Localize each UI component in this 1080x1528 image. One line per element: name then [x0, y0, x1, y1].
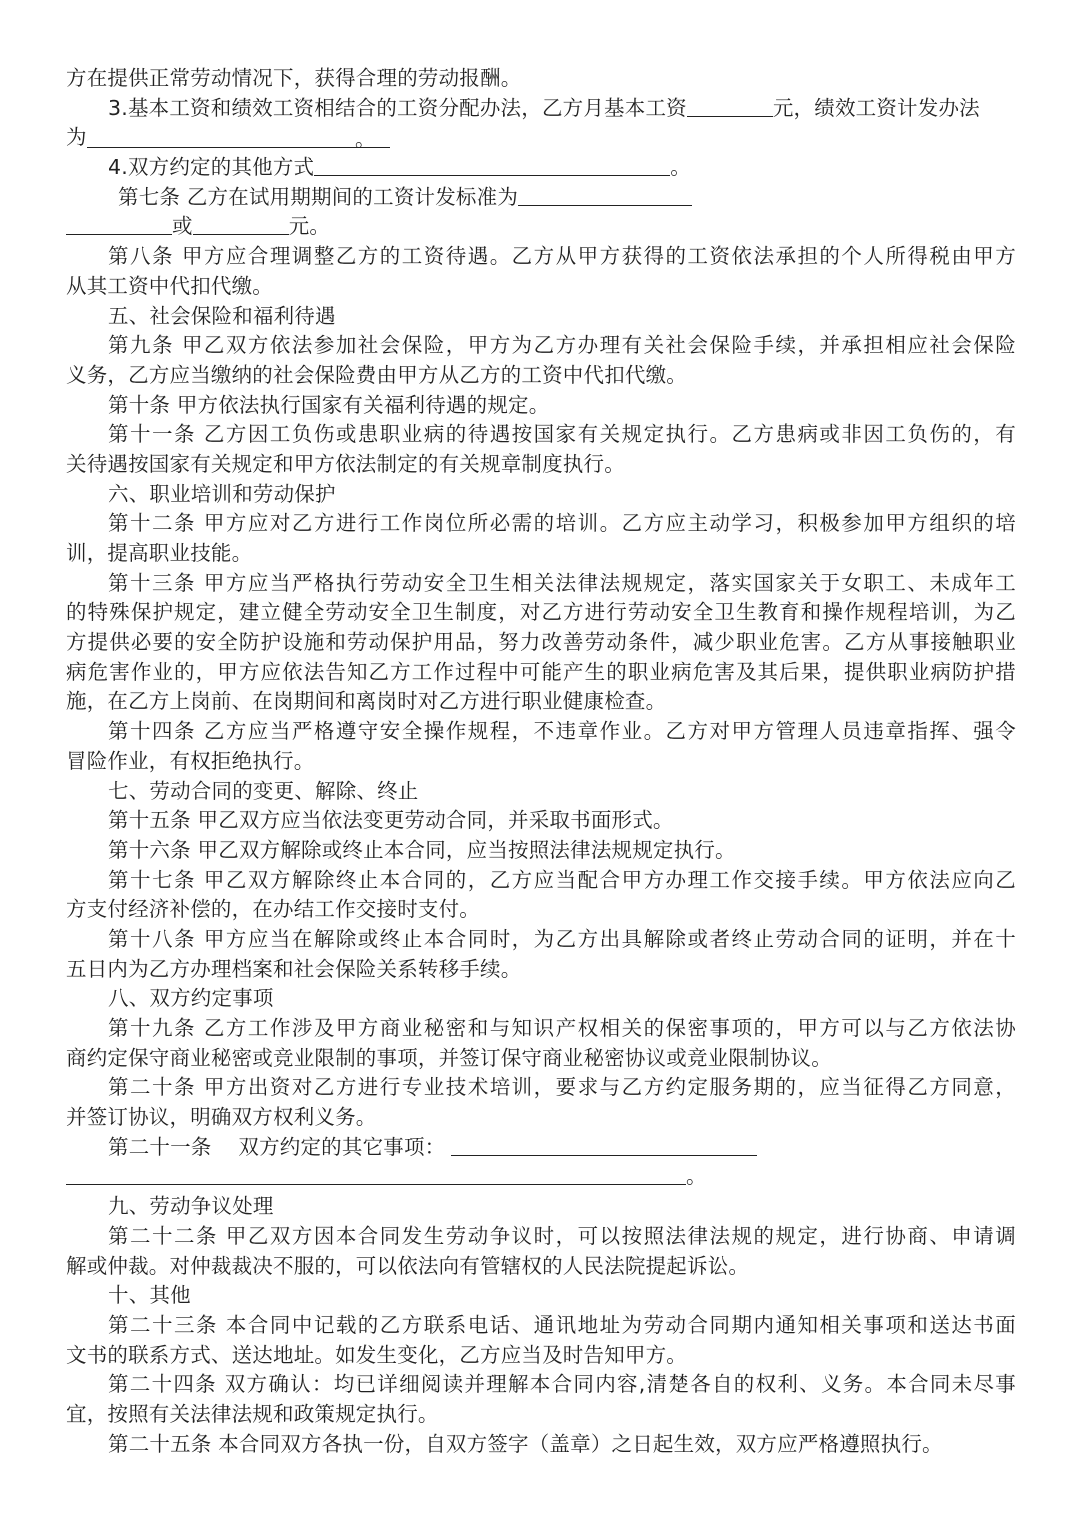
text-line: 冒险作业，有权拒绝执行。	[66, 747, 1016, 777]
text: 4.双方约定的其他方式	[108, 155, 314, 179]
text-line: 解或仲裁。对仲裁裁决不服的，可以依法向有管辖权的人民法院提起诉讼。	[66, 1252, 1016, 1282]
contract-document-page: 方在提供正常劳动情况下，获得合理的劳动报酬。 3.基本工资和绩效工资相结合的工资…	[66, 64, 1016, 1459]
text-line: 商约定保守商业秘密或竞业限制的事项，并签订保守商业秘密协议或竞业限制协议。	[66, 1044, 1016, 1074]
other-matters-blank[interactable]	[451, 1133, 757, 1156]
text-line: 方在提供正常劳动情况下，获得合理的劳动报酬。	[66, 64, 1016, 94]
text-line: 第二十条 甲方出资对乙方进行专业技术培训，要求与乙方约定服务期的，应当征得乙方同…	[66, 1073, 1016, 1103]
text-line: 义务，乙方应当缴纳的社会保险费由甲方从乙方的工资中代扣代缴。	[66, 361, 1016, 391]
text-line: 第八条 甲方应合理调整乙方的工资待遇。乙方从甲方获得的工资依法承担的个人所得税由…	[66, 242, 1016, 272]
text: 3.基本工资和绩效工资相结合的工资分配办法，乙方月基本工资	[108, 96, 687, 120]
text-line: 方支付经济补偿的，在办结工作交接时支付。	[66, 895, 1016, 925]
text-line: 方提供必要的安全防护设施和劳动保护用品，努力改善劳动条件，减少职业危害。乙方从事…	[66, 628, 1016, 658]
clause-4-line: 4.双方约定的其他方式。	[66, 153, 1016, 183]
text: 元，绩效工资计发办法	[773, 96, 980, 120]
article-7-line: 第七条 乙方在试用期期间的工资计发标准为	[66, 183, 1016, 213]
text: 为	[66, 125, 87, 149]
text-line: 第二十五条 本合同双方各执一份，自双方签字（盖章）之日起生效，双方应严格遵照执行…	[66, 1430, 1016, 1460]
text-line: 病危害作业的，甲方应依法告知乙方工作过程中可能产生的职业病危害及其后果，提供职业…	[66, 658, 1016, 688]
text-line: 训，提高职业技能。	[66, 539, 1016, 569]
text: 元。	[289, 214, 330, 238]
text-line: 第十四条 乙方应当严格遵守安全操作规程，不违章作业。乙方对甲方管理人员违章指挥、…	[66, 717, 1016, 747]
text-line: 第十一条 乙方因工负伤或患职业病的待遇按国家有关规定执行。乙方患病或非因工负伤的…	[66, 420, 1016, 450]
other-method-blank[interactable]	[314, 153, 670, 176]
section-heading: 八、双方约定事项	[66, 984, 1016, 1014]
text: 第七条 乙方在试用期期间的工资计发标准为	[118, 185, 518, 209]
text-line: 第二十二条 甲乙双方因本合同发生劳动争议时，可以按照法律法规的规定，进行协商、申…	[66, 1222, 1016, 1252]
text-line: 关待遇按国家有关规定和甲方依法制定的有关规章制度执行。	[66, 450, 1016, 480]
text-line: 的特殊保护规定，建立健全劳动安全卫生制度，对乙方进行劳动安全卫生教育和操作规程培…	[66, 598, 1016, 628]
article-21-line: 第二十一条 双方约定的其它事项：	[66, 1133, 1016, 1163]
clause-3-line: 3.基本工资和绩效工资相结合的工资分配办法，乙方月基本工资元，绩效工资计发办法	[66, 94, 1016, 124]
text: 第二十一条 双方约定的其它事项：	[108, 1135, 445, 1159]
other-matters-blank-2[interactable]	[66, 1162, 686, 1185]
article-21-cont-line: 。	[66, 1162, 1016, 1192]
base-salary-blank[interactable]	[687, 94, 773, 117]
text-line: 施，在乙方上岗前、在岗期间和离岗时对乙方进行职业健康检查。	[66, 687, 1016, 717]
text-line: 第十五条 甲乙双方应当依法变更劳动合同，并采取书面形式。	[66, 806, 1016, 836]
performance-pay-method-blank[interactable]: 。	[87, 125, 390, 148]
text-line: 第二十四条 双方确认：均已详细阅读并理解本合同内容,清楚各自的权利、义务。本合同…	[66, 1370, 1016, 1400]
article-7-cont-line: 或元。	[66, 212, 1016, 242]
text-line: 第十六条 甲乙双方解除或终止本合同，应当按照法律法规规定执行。	[66, 836, 1016, 866]
section-heading: 七、劳动合同的变更、解除、终止	[66, 777, 1016, 807]
text-line: 第十二条 甲方应对乙方进行工作岗位所必需的培训。乙方应主动学习，积极参加甲方组织…	[66, 509, 1016, 539]
section-heading: 十、其他	[66, 1281, 1016, 1311]
text-line: 宜，按照有关法律法规和政策规定执行。	[66, 1400, 1016, 1430]
period: 。	[670, 155, 691, 179]
period: 。	[686, 1164, 707, 1188]
text-line: 从其工资中代扣代缴。	[66, 272, 1016, 302]
text-line: 第九条 甲乙双方依法参加社会保险，甲方为乙方办理有关社会保险手续，并承担相应社会…	[66, 331, 1016, 361]
text-line: 文书的联系方式、送达地址。如发生变化，乙方应当及时告知甲方。	[66, 1341, 1016, 1371]
section-heading: 六、职业培训和劳动保护	[66, 480, 1016, 510]
text-line: 第十八条 甲方应当在解除或终止本合同时，为乙方出具解除或者终止劳动合同的证明，并…	[66, 925, 1016, 955]
text-line: 第十条 甲方依法执行国家有关福利待遇的规定。	[66, 391, 1016, 421]
text-line: 第十七条 甲乙双方解除终止本合同的，乙方应当配合甲方办理工作交接手续。甲方依法应…	[66, 866, 1016, 896]
period: 。	[355, 127, 390, 151]
section-heading: 九、劳动争议处理	[66, 1192, 1016, 1222]
probation-pay-blank-3[interactable]	[193, 212, 289, 235]
text: 或	[172, 214, 193, 238]
probation-pay-blank-2[interactable]	[66, 212, 172, 235]
text-line: 五日内为乙方办理档案和社会保险关系转移手续。	[66, 955, 1016, 985]
clause-3-cont-line: 为。	[66, 123, 1016, 153]
text-line: 并签订协议，明确双方权利义务。	[66, 1103, 1016, 1133]
section-heading: 五、社会保险和福利待遇	[66, 302, 1016, 332]
text-line: 第十九条 乙方工作涉及甲方商业秘密和与知识产权相关的保密事项的，甲方可以与乙方依…	[66, 1014, 1016, 1044]
text-line: 第二十三条 本合同中记载的乙方联系电话、通讯地址为劳动合同期内通知相关事项和送达…	[66, 1311, 1016, 1341]
text-line: 第十三条 甲方应当严格执行劳动安全卫生相关法律法规规定，落实国家关于女职工、未成…	[66, 569, 1016, 599]
probation-pay-blank[interactable]	[518, 183, 692, 206]
